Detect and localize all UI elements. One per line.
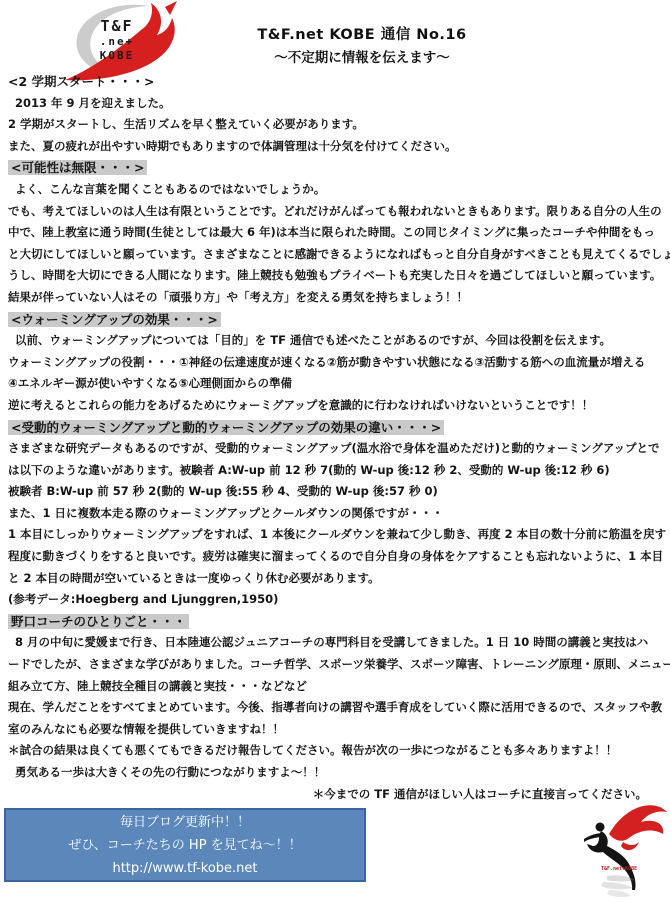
text-line: 室のみんなにも必要な情報を提供していきますね！！: [0, 719, 670, 741]
text-line: さまざまな研究データもあるのですが、受動的ウォーミングアップ(温水浴で身体を温め…: [0, 438, 670, 460]
document-lines: <2 学期スタート・・・>2013 年 9 月を迎えました。2 学期がスタートし…: [0, 71, 670, 805]
section-heading: 野口コーチのひとりごと・・・: [0, 611, 670, 633]
newsletter-subtitle: ～不定期に情報を伝えます～: [27, 47, 670, 69]
blog-promo-line-1: 毎日ブログ更新中！！: [120, 811, 250, 834]
logo-red-horn: [165, 1, 177, 15]
highlighted-heading-text: <受動的ウォーミングアップと動的ウォーミングアップの効果の違い・・・>: [8, 420, 444, 435]
section-heading: <2 学期スタート・・・>: [0, 71, 670, 93]
text-line: 以前、ウォーミングアップについては「目的」を TF 通信でも述べたことがあるので…: [0, 330, 670, 352]
text-line: また、1 日に複数本走る際のウォーミングアップとクールダウンの関係ですが・・・: [0, 503, 670, 525]
text-line: 勇気ある一歩は大きくその先の行動につながりますよ～！！: [0, 762, 670, 784]
text-line: 組み立て方、陸上競技全種目の講義と実技・・・などなど: [0, 676, 670, 698]
mascot-runner-body: [587, 831, 636, 890]
mascot-label: T&F.net+KOBE: [601, 866, 637, 872]
text-line: 8 月の中旬に愛媛まで行き、日本陸連公認ジュニアコーチの専門科目を受講してきまし…: [0, 632, 670, 654]
text-line: (参考データ:Hoegberg and Ljunggren,1950): [0, 589, 670, 611]
blog-promo-line-2: ぜひ、コーチたちの HP を見てね～！！: [68, 834, 301, 857]
text-line: 被験者 B:W-up 前 57 秒 2(動的 W-up 後:55 秒 4、受動的…: [0, 481, 670, 503]
text-line: でも、考えてほしいのは人生は有限ということです。どれだけがんばっても報われないと…: [0, 201, 670, 223]
mascot-runner-graphic: T&F.net+KOBE: [577, 798, 669, 902]
highlighted-heading-text: <ウォーミングアップの効果・・・>: [8, 312, 221, 327]
text-line: また、夏の疲れが出やすい時期でもありますので体調管理は十分気を付けてください。: [0, 136, 670, 158]
newsletter-header: T&F.net KOBE 通信 No.16 ～不定期に情報を伝えます～: [27, 24, 670, 69]
highlighted-heading-text: 野口コーチのひとりごと・・・: [8, 614, 189, 629]
text-line: と 2 本目の時間が空いているときは一度ゆっくり休む必要があります。: [0, 568, 670, 590]
text-line: 2 学期がスタートし、生活リズムを早く整えていく必要があります。: [0, 114, 670, 136]
text-line: ウォーミングアップの役割・・・①神経の伝達速度が速くなる②筋が動きやすい状態にな…: [0, 352, 670, 374]
text-line: 2013 年 9 月を迎えました。: [0, 93, 670, 115]
text-line: 1 本目にしっかりウォーミングアップをすれば、1 本後にクールダウンを兼ねて少し…: [0, 524, 670, 546]
text-line: 逆に考えるとこれらの能力をあげるためにウォーミグアップを意識的に行わなければいけ…: [0, 395, 670, 417]
newsletter-title: T&F.net KOBE 通信 No.16: [27, 24, 670, 47]
blog-promo-box: 毎日ブログ更新中！！ ぜひ、コーチたちの HP を見てね～！！ http://w…: [4, 808, 366, 882]
text-line: ＊試合の結果は良くても悪くてもできるだけ報告してください。報告が次の一歩につなが…: [0, 740, 670, 762]
mascot-red-wing: [609, 805, 667, 841]
mascot-reflection: [601, 875, 635, 897]
text-line: は以下のような違いがあります。被験者 A:W-up 前 12 秒 7(動的 W-…: [0, 460, 670, 482]
text-line: ードでしたが、さまざまな学びがありました。コーチ哲学、スポーツ栄養学、スポーツ障…: [0, 654, 670, 676]
text-line: ④エネルギー源が使いやすくなる⑤心理側面からの準備: [0, 373, 670, 395]
text-line: と大切にしてほしいと願っています。さまざまなことに感謝できるようになればもっと自…: [0, 244, 670, 266]
text-line: うし、時間を大切にできる人間になります。陸上競技も勉強もプライベートも充実した日…: [0, 265, 670, 287]
mascot-runner-head: [596, 823, 605, 832]
text-line: 結果が伴っていない人はその「頑張り方」や「考え方」を変える勇気を持ちましょう！！: [0, 287, 670, 309]
mascot-runner: T&F.net+KOBE: [577, 798, 669, 902]
text-line: 程度に動きづくりをすると良いです。疲労は確実に溜まってくるので自分自身の身体をケ…: [0, 546, 670, 568]
mascot-red-tail: [621, 842, 639, 850]
text-line: 現在、学んだことをすべてまとめています。今後、指導者向けの講習や選手育成をしてい…: [0, 697, 670, 719]
blog-promo-url: http://www.tf-kobe.net: [112, 857, 257, 880]
section-heading: <可能性は無限・・・>: [0, 157, 670, 179]
section-heading: <ウォーミングアップの効果・・・>: [0, 309, 670, 331]
text-line: ＊今までの TF 通信がほしい人はコーチに直接言ってください。: [0, 784, 670, 806]
section-heading: <受動的ウォーミングアップと動的ウォーミングアップの効果の違い・・・>: [0, 417, 670, 439]
text-line: 中で、陸上教室に通う時間(生徒としては最大 6 年)は本当に限られた時間。この同…: [0, 222, 670, 244]
text-line: よく、こんな言葉を聞くこともあるのではないでしょうか。: [0, 179, 670, 201]
highlighted-heading-text: <可能性は無限・・・>: [8, 160, 147, 175]
